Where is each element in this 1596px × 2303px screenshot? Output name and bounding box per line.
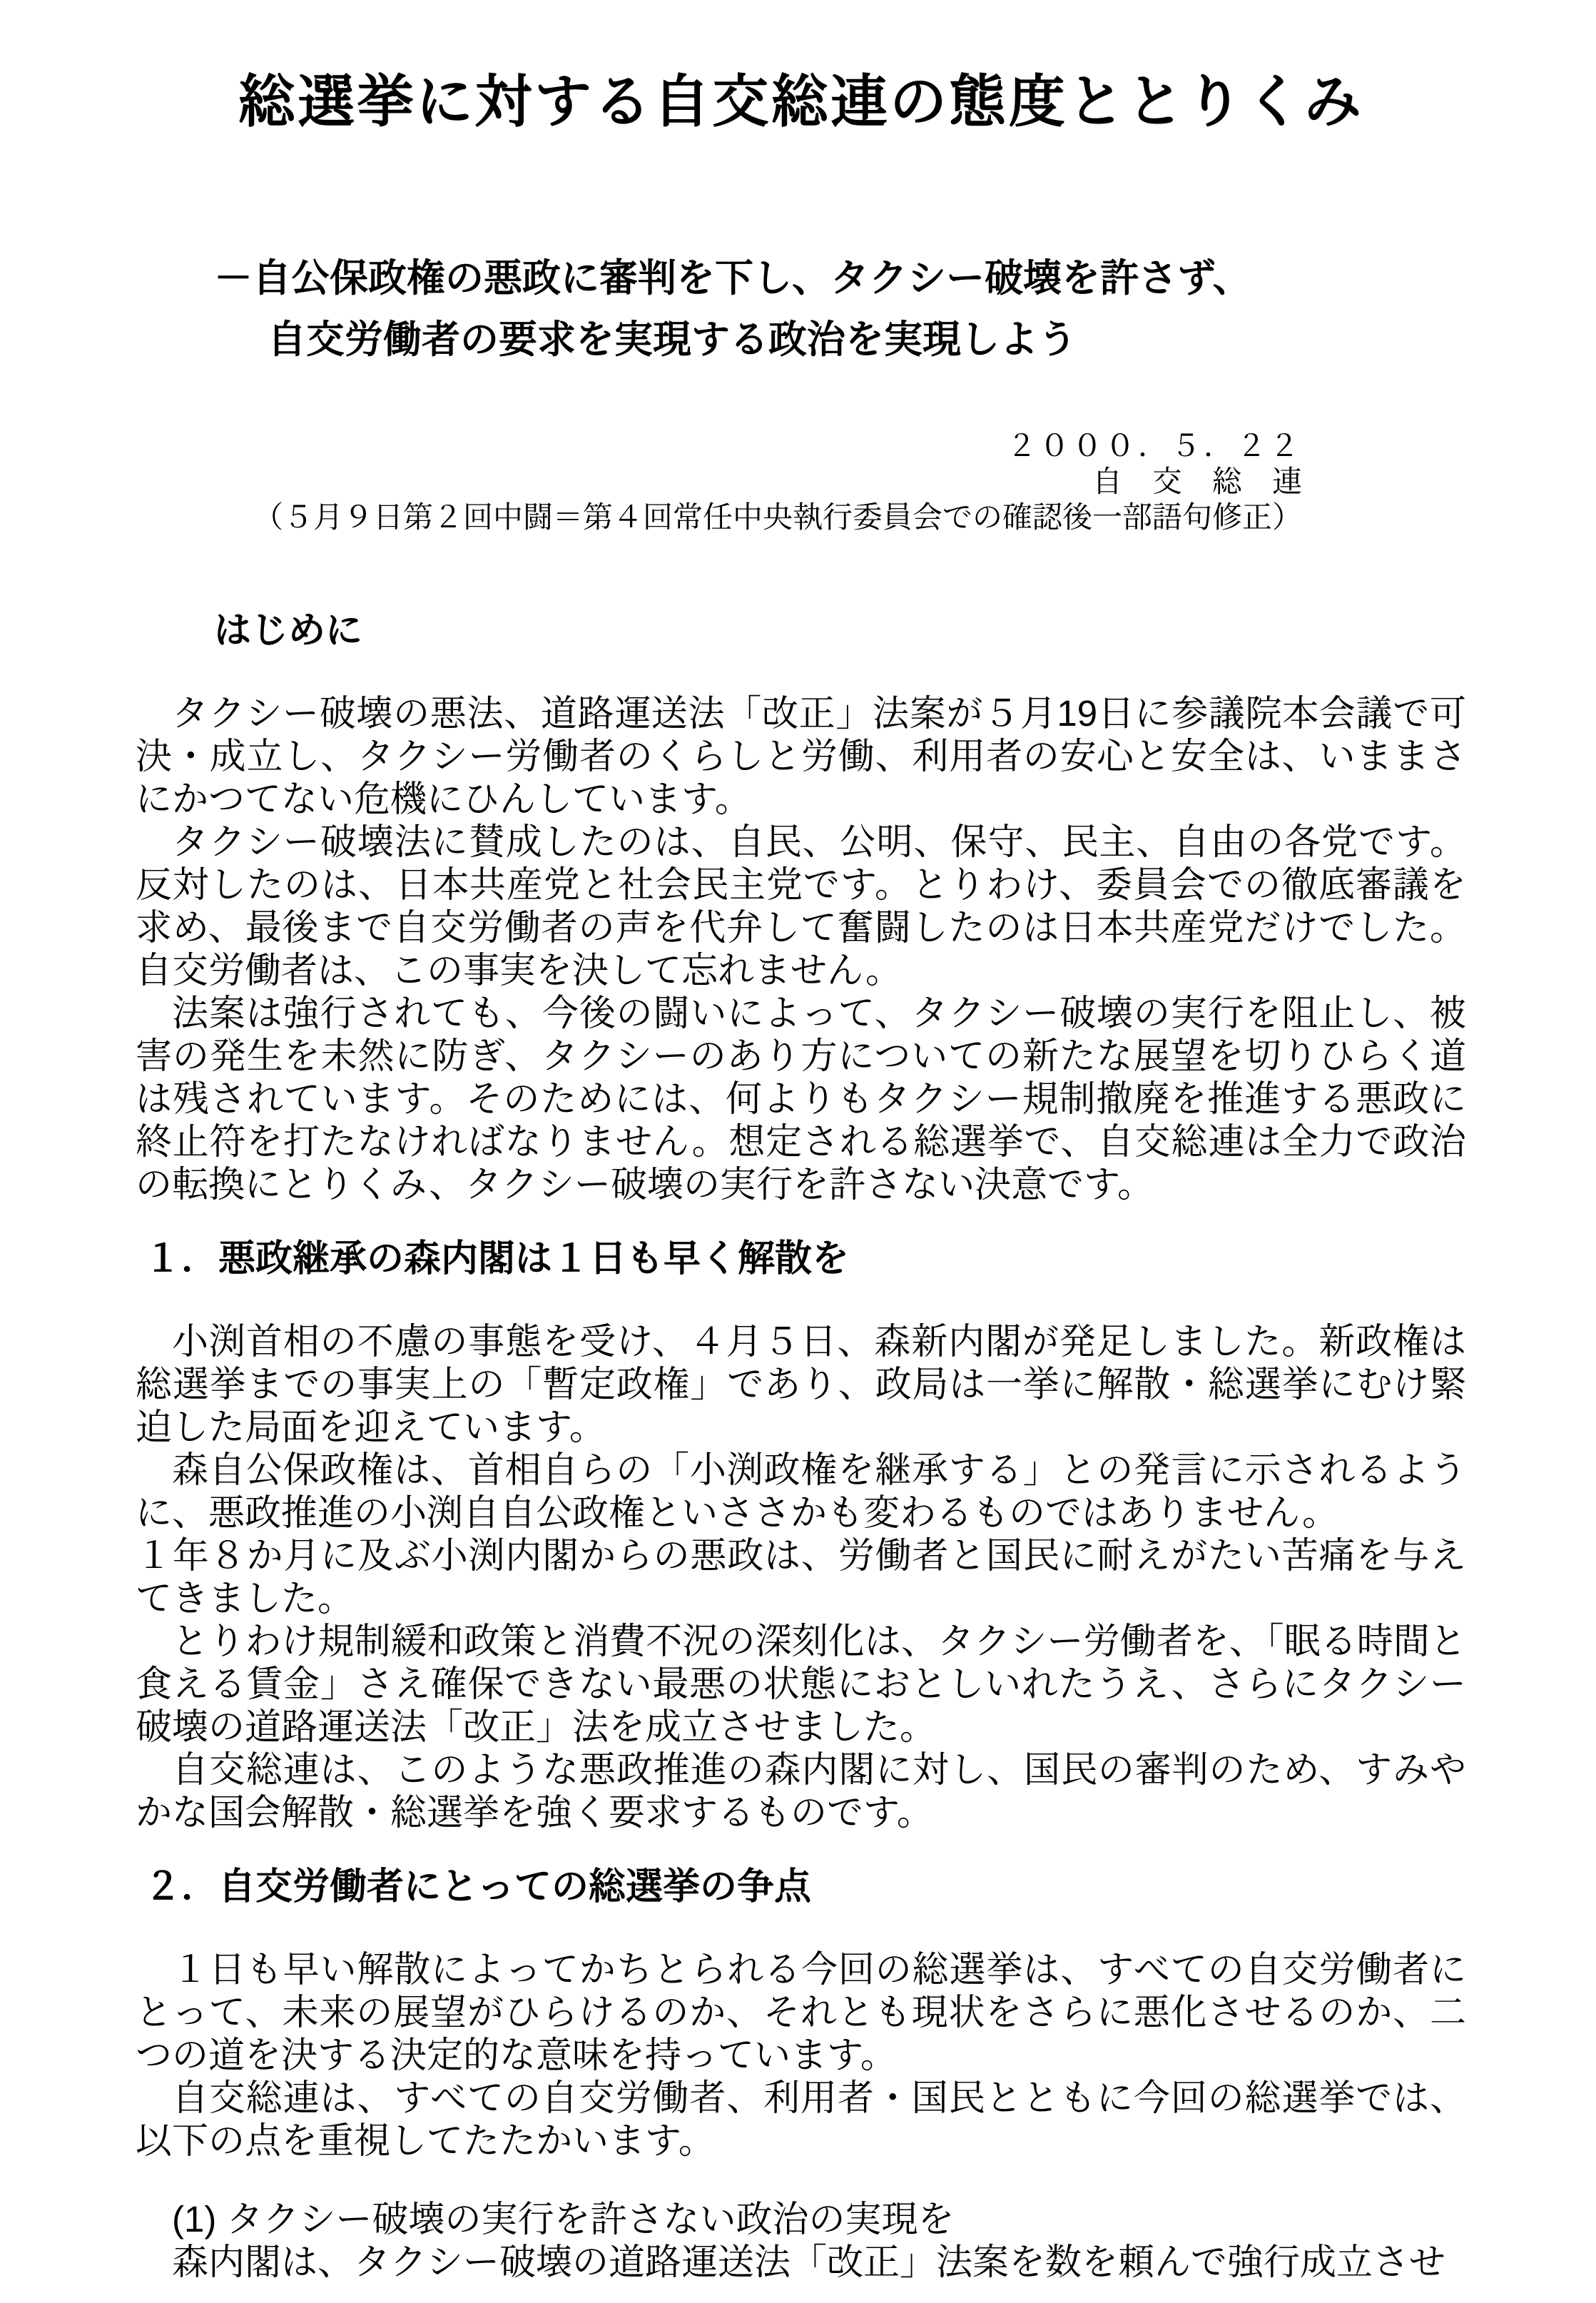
subsection-1: (1) タクシー破壊の実行を許さない政治の実現を 森内閣は、タクシー破壊の道路運… [136,2198,1466,2284]
paragraph: タクシー破壊法に賛成したのは、自民、公明、保守、民主、自由の各党です。反対したの… [136,821,1466,992]
paragraph: とりわけ規制緩和政策と消費不況の深刻化は、タクシー労働者を、「眠る時間と食える賃… [136,1620,1466,1748]
document-meta: ２０００．５．２２ 自 交 総 連 （５月９日第２回中闘＝第４回常任中央執行委員… [136,428,1466,535]
document-subtitle: －自公保政権の悪政に審判を下し、タクシー破壊を許さず、 自交労働者の要求を実現す… [136,248,1466,370]
subsection-heading: (1) タクシー破壊の実行を許さない政治の実現を [136,2198,1466,2241]
paragraph: １年８か月に及ぶ小渕内閣からの悪政は、労働者と国民に耐えがたい苦痛を与えてきまし… [136,1534,1466,1620]
paragraph: 森内閣は、タクシー破壊の道路運送法「改正」法案を数を頼んで強行成立させ [136,2241,1466,2284]
meta-date: ２０００．５．２２ [136,428,1302,464]
section-1: １．悪政継承の森内閣は１日も早く解散を 小渕首相の不慮の事態を受け、４月５日、森… [136,1238,1466,1834]
section-heading: １．悪政継承の森内閣は１日も早く解散を [144,1238,1466,1280]
paragraph: １日も早い解散によってかちとられる今回の総選挙は、すべての自交労働者にとって、未… [136,1948,1466,2077]
meta-revision-note: （５月９日第２回中闘＝第４回常任中央執行委員会での確認後一部語句修正） [136,500,1302,535]
paragraph: 自交総連は、このような悪政推進の森内閣に対し、国民の審判のため、すみやかな国会解… [136,1748,1466,1834]
subtitle-line-2: 自交労働者の要求を実現する政治を実現しよう [268,309,1466,370]
section-2: ２．自交労働者にとっての総選挙の争点 １日も早い解散によってかちとられる今回の総… [136,1866,1466,2284]
paragraph: 法案は強行されても、今後の闘いによって、タクシー破壊の実行を阻止し、被害の発生を… [136,992,1466,1206]
paragraph: 小渕首相の不慮の事態を受け、４月５日、森新内閣が発足しました。新政権は総選挙まで… [136,1320,1466,1449]
section-heading: はじめに [214,610,1466,652]
document-page: 総選挙に対する自交総連の態度ととりくみ －自公保政権の悪政に審判を下し、タクシー… [0,0,1596,2303]
document-title: 総選挙に対する自交総連の態度ととりくみ [136,68,1466,136]
paragraph: タクシー破壊の悪法、道路運送法「改正」法案が５月19日に参議院本会議で可決・成立… [136,692,1466,821]
meta-organization: 自 交 総 連 [136,464,1302,500]
subtitle-line-1: －自公保政権の悪政に審判を下し、タクシー破壊を許さず、 [214,248,1466,309]
paragraph: 森自公保政権は、首相自らの「小渕政権を継承する」との発言に示されるように、悪政推… [136,1449,1466,1534]
paragraph: 自交総連は、すべての自交労働者、利用者・国民とともに今回の総選挙では、以下の点を… [136,2077,1466,2162]
section-introduction: はじめに タクシー破壊の悪法、道路運送法「改正」法案が５月19日に参議院本会議で… [136,610,1466,1206]
section-heading: ２．自交労働者にとっての総選挙の争点 [144,1866,1466,1908]
